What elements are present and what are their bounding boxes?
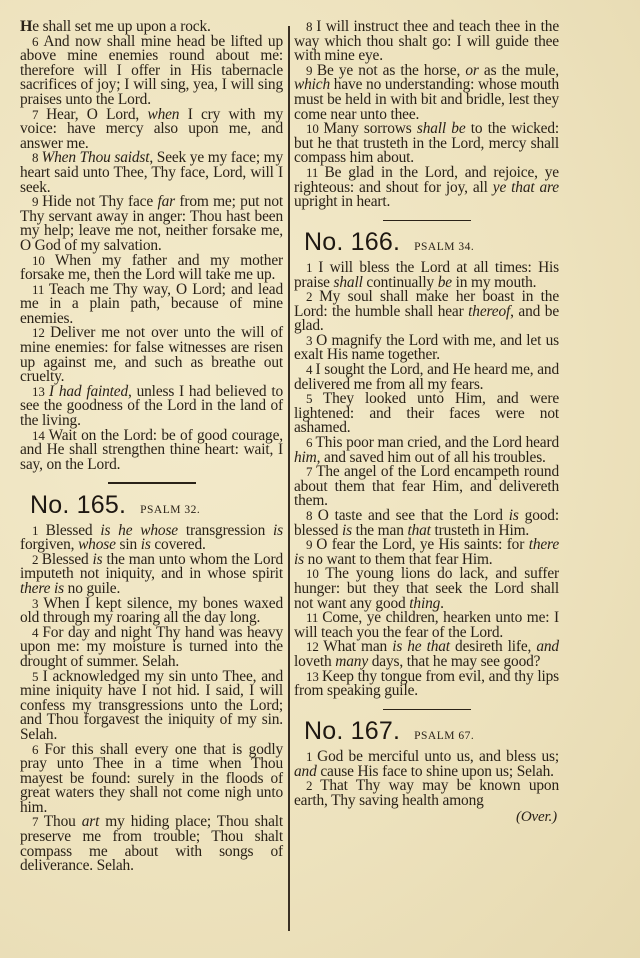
page-turn-note: (Over.) bbox=[294, 810, 559, 825]
psalm-165-verses: 1 Blessed is he whose transgression is f… bbox=[20, 524, 283, 874]
verse: 2 That Thy way may be known upon earth, … bbox=[294, 779, 559, 808]
verse: 6 This poor man cried, and the Lord hear… bbox=[294, 436, 559, 465]
right-column: 8 I will instruct thee and teach thee in… bbox=[294, 20, 559, 825]
verse-text: That Thy way may be known upon earth, Th… bbox=[294, 777, 559, 809]
verse: 5 I acknowledged my sin unto Thee, and m… bbox=[20, 670, 283, 743]
verse-text: Keep thy tongue from evil, and thy lips … bbox=[294, 668, 559, 700]
psalm-167-header: No. 167. PSALM 67. bbox=[304, 719, 559, 744]
section-rule bbox=[383, 709, 471, 711]
verse: 10 When my father and my mother forsake … bbox=[20, 254, 283, 283]
verse: 7 Hear, O Lord, when I cry with my voice… bbox=[20, 108, 283, 152]
psalm-166-verses: 1 I will bless the Lord at all times: Hi… bbox=[294, 261, 559, 699]
verse-text: Come, ye children, hearken unto me: I wi… bbox=[294, 609, 559, 641]
verse-text: Teach me Thy way, O Lord; and lead me in… bbox=[20, 281, 283, 327]
verse-text: have no understanding: whose mouth must … bbox=[294, 76, 559, 122]
psalm-number: No. 166. bbox=[304, 230, 400, 254]
psalm-166-header: No. 166. PSALM 34. bbox=[304, 230, 559, 255]
psalm-reference: PSALM 32. bbox=[140, 503, 200, 518]
verse: 12 What man is he that desireth life, an… bbox=[294, 640, 559, 669]
italic-text: ye that are bbox=[493, 179, 559, 196]
verse-text: And now shall mine head be lifted up abo… bbox=[20, 33, 283, 108]
hymnal-page: He shall set me up upon a rock. 6 And no… bbox=[0, 0, 640, 958]
verse: 10 Many sorrows shall be to the wicked: … bbox=[294, 122, 559, 166]
verse: 6 And now shall mine head be lifted up a… bbox=[20, 35, 283, 108]
verse: 8 I will instruct thee and teach thee in… bbox=[294, 20, 559, 64]
section-rule bbox=[383, 220, 471, 222]
italic-text: and bbox=[294, 763, 317, 780]
section-rule bbox=[108, 482, 196, 484]
verse-text: The angel of the Lord encampeth round ab… bbox=[294, 463, 559, 509]
verse: 5 They looked unto Him, and were lighten… bbox=[294, 392, 559, 436]
verse-text: For day and night Thy hand was heavy upo… bbox=[20, 624, 283, 670]
verse: 1 Blessed is he whose transgression is f… bbox=[20, 524, 283, 553]
verse: 11 Teach me Thy way, O Lord; and lead me… bbox=[20, 283, 283, 327]
psalm-reference: PSALM 34. bbox=[414, 240, 474, 255]
verse: 4 I sought the Lord, and He heard me, an… bbox=[294, 363, 559, 392]
psalm-32-continuation: 8 I will instruct thee and teach thee in… bbox=[294, 20, 559, 210]
verse: 3 When I kept silence, my bones waxed ol… bbox=[20, 597, 283, 626]
verse-text: When I kept silence, my bones waxed old … bbox=[20, 595, 283, 627]
verse-text: I will instruct thee and teach thee in t… bbox=[294, 18, 559, 64]
verse: 8 O taste and see that the Lord is good:… bbox=[294, 509, 559, 538]
verse: 1 I will bless the Lord at all times: Hi… bbox=[294, 261, 559, 290]
verse: 8 When Thou saidst, Seek ye my face; my … bbox=[20, 151, 283, 195]
verse: 14 Wait on the Lord: be of good courage,… bbox=[20, 429, 283, 473]
left-column: He shall set me up upon a rock. 6 And no… bbox=[20, 20, 283, 874]
verse-text: They looked unto Him, and were lightened… bbox=[294, 390, 559, 436]
psalm-number: No. 165. bbox=[30, 493, 126, 517]
psalm-167-verses: 1 God be merciful unto us, and bless us;… bbox=[294, 750, 559, 808]
verse: 2 Blessed is the man unto whom the Lord … bbox=[20, 553, 283, 597]
verse-text: For this shall every one that is godly p… bbox=[20, 741, 283, 816]
verse-text: When my father and my mother forsake me,… bbox=[20, 252, 283, 284]
verse-text: O magnify the Lord with me, and let us e… bbox=[294, 332, 559, 364]
verse-text: upright in heart. bbox=[294, 193, 390, 210]
psalm-number: No. 167. bbox=[304, 719, 400, 743]
verse: 7 The angel of the Lord encampeth round … bbox=[294, 465, 559, 509]
verse-text: Wait on the Lord: be of good courage, an… bbox=[20, 427, 283, 473]
psalm-27-continuation: 6 And now shall mine head be lifted up a… bbox=[20, 35, 283, 473]
italic-text: thereof bbox=[468, 303, 510, 320]
verse: 6 For this shall every one that is godly… bbox=[20, 743, 283, 816]
verse: 13 I had fainted, unless I had believed … bbox=[20, 385, 283, 429]
verse: 3 O magnify the Lord with me, and let us… bbox=[294, 334, 559, 363]
column-divider bbox=[288, 26, 290, 931]
verse-text: I sought the Lord, and He heard me, and … bbox=[294, 361, 559, 393]
verse: 1 God be merciful unto us, and bless us;… bbox=[294, 750, 559, 779]
verse-text: Deliver me not over unto the will of min… bbox=[20, 324, 283, 385]
verse: 7 Thou art my hiding place; Thou shalt p… bbox=[20, 815, 283, 873]
psalm-reference: PSALM 67. bbox=[414, 729, 474, 744]
psalm-165-header: No. 165. PSALM 32. bbox=[30, 493, 283, 518]
verse: 9 Hide not Thy face far from me; put not… bbox=[20, 195, 283, 253]
verse: 11 Come, ye children, hearken unto me: I… bbox=[294, 611, 559, 640]
verse: 9 O fear the Lord, ye His saints: for th… bbox=[294, 538, 559, 567]
verse-text: I acknowledged my sin unto Thee, and min… bbox=[20, 668, 283, 743]
verse: 11 Be glad in the Lord, and rejoice, ye … bbox=[294, 166, 559, 210]
verse: 2 My soul shall make her boast in the Lo… bbox=[294, 290, 559, 334]
verse: 12 Deliver me not over unto the will of … bbox=[20, 326, 283, 384]
verse: 9 Be ye not as the horse, or as the mule… bbox=[294, 64, 559, 122]
verse: 4 For day and night Thy hand was heavy u… bbox=[20, 626, 283, 670]
italic-text: is bbox=[273, 522, 283, 539]
verse: 10 The young lions do lack, and suffer h… bbox=[294, 567, 559, 611]
verse: 13 Keep thy tongue from evil, and thy li… bbox=[294, 670, 559, 699]
